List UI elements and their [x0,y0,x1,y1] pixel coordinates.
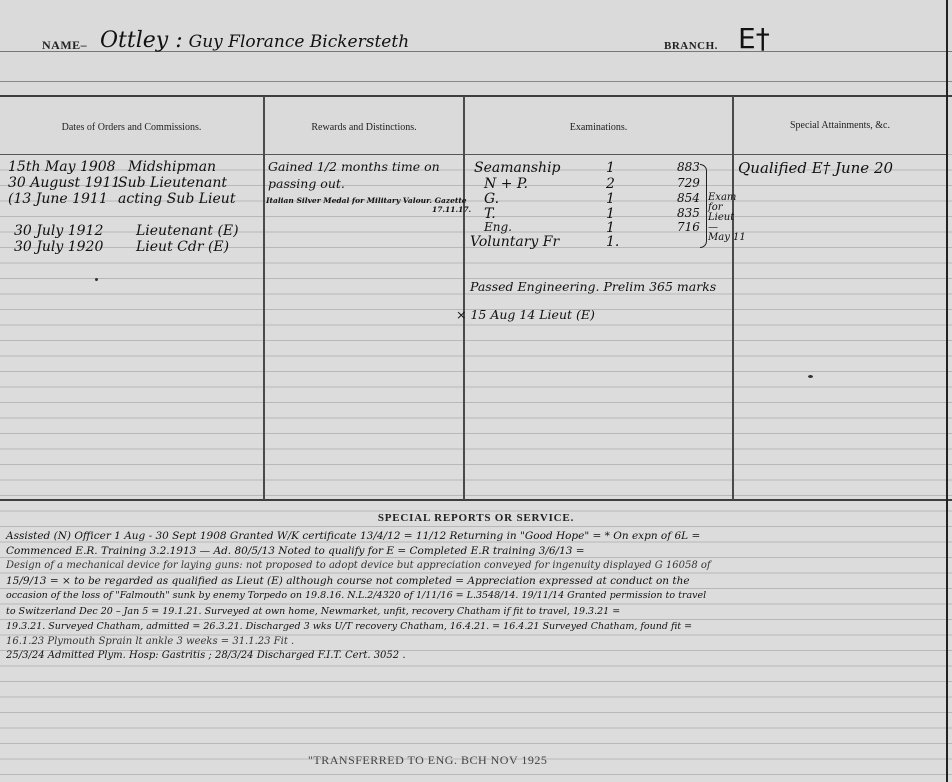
name-rule-lower [0,81,952,82]
exam-subject: Eng. [484,220,512,234]
order-date: 30 July 1912 [14,223,103,239]
reward-medal-date: 17.11.17. [432,205,471,214]
order-date: (13 June 1911 [8,191,108,207]
exam-subject: Voluntary Fr [470,234,559,250]
exam-class: 1 [606,160,615,176]
exam-subject: Seamanship [474,160,561,176]
exam-marks: 854 [677,191,700,205]
report-line: 15/9/13 = × to be regarded as qualified … [6,575,690,587]
reward-medal: Italian Silver Medal for Military Valour… [266,196,467,205]
name-label: NAME– [42,38,87,53]
column-header-dates: Dates of Orders and Commissions. [0,122,263,133]
special-attainment: Qualified E† June 20 [738,159,893,177]
branch-label: BRANCH. [664,40,718,52]
exam-subject: N + P. [484,176,528,192]
report-line: to Switzerland Dec 20 – Jan 5 = 19.1.21.… [6,606,620,617]
exam-bracket [700,164,707,248]
exam-bracket-note: Exam for Lieut — May 11 [708,193,746,243]
ink-speck [95,278,98,281]
column-header-rule [0,154,948,155]
branch-value: E† [738,22,770,55]
exam-subject: G. [484,191,499,207]
report-line: 19.3.21. Surveyed Chatham, admitted = 26… [6,621,692,632]
exam-marks: 835 [677,206,700,220]
column-divider-1 [263,96,265,500]
name-value: Ottley :Guy Florance Bickersteth [100,28,409,53]
column-divider-2 [463,96,465,500]
special-reports-title: SPECIAL REPORTS OR SERVICE. [0,512,952,524]
exam-marks: 716 [677,220,700,234]
column-divider-3 [732,96,734,500]
report-line: Assisted (N) Officer 1 Aug - 30 Sept 190… [6,530,700,542]
order-rank: Sub Lieutenant [118,175,227,191]
exam-class: 1 [606,191,615,207]
column-header-exams: Examinations. [465,122,732,133]
bracket-note-line: May 11 [708,233,746,243]
report-line: Commenced E.R. Training 3.2.1913 — Ad. 8… [6,545,585,557]
exam-lieut-e: × 15 Aug 14 Lieut (E) [456,307,595,322]
exam-marks: 729 [677,176,700,190]
ink-speck [808,375,813,378]
order-rank: Lieut Cdr (E) [136,239,229,255]
report-line: 25/3/24 Admitted Plym. Hosp: Gastritis ;… [6,650,406,661]
right-page-edge [946,0,948,782]
table-bottom-border [0,499,952,501]
order-rank: Midshipman [128,159,216,175]
order-rank: acting Sub Lieut [118,191,235,207]
exam-engineering: Passed Engineering. Prelim 365 marks [470,279,716,294]
exam-class: 1. [606,234,619,250]
order-rank: Lieutenant (E) [136,223,239,239]
reward-line: passing out. [268,176,345,191]
exam-marks: 883 [677,160,700,174]
order-date: 30 July 1920 [14,239,103,255]
transfer-stamp: "TRANSFERRED TO ENG. BCH NOV 1925 [308,753,547,768]
reward-line: Gained 1/2 months time on [268,159,440,174]
order-date: 15th May 1908 [8,159,116,175]
exam-class: 2 [606,176,615,192]
service-record-sheet: NAME– Ottley :Guy Florance Bickersteth B… [0,0,952,782]
report-line: occasion of the loss of "Falmouth" sunk … [6,590,706,601]
surname: Ottley : [100,28,183,53]
given-names: Guy Florance Bickersteth [189,32,410,52]
column-header-rewards: Rewards and Distinctions. [265,122,463,133]
report-line: 16.1.23 Plymouth Sprain lt ankle 3 weeks… [6,636,294,647]
order-date: 30 August 1911 [8,175,120,191]
column-header-special: Special Attainments, &c. [734,120,946,131]
report-line: Design of a mechanical device for laying… [6,560,711,571]
